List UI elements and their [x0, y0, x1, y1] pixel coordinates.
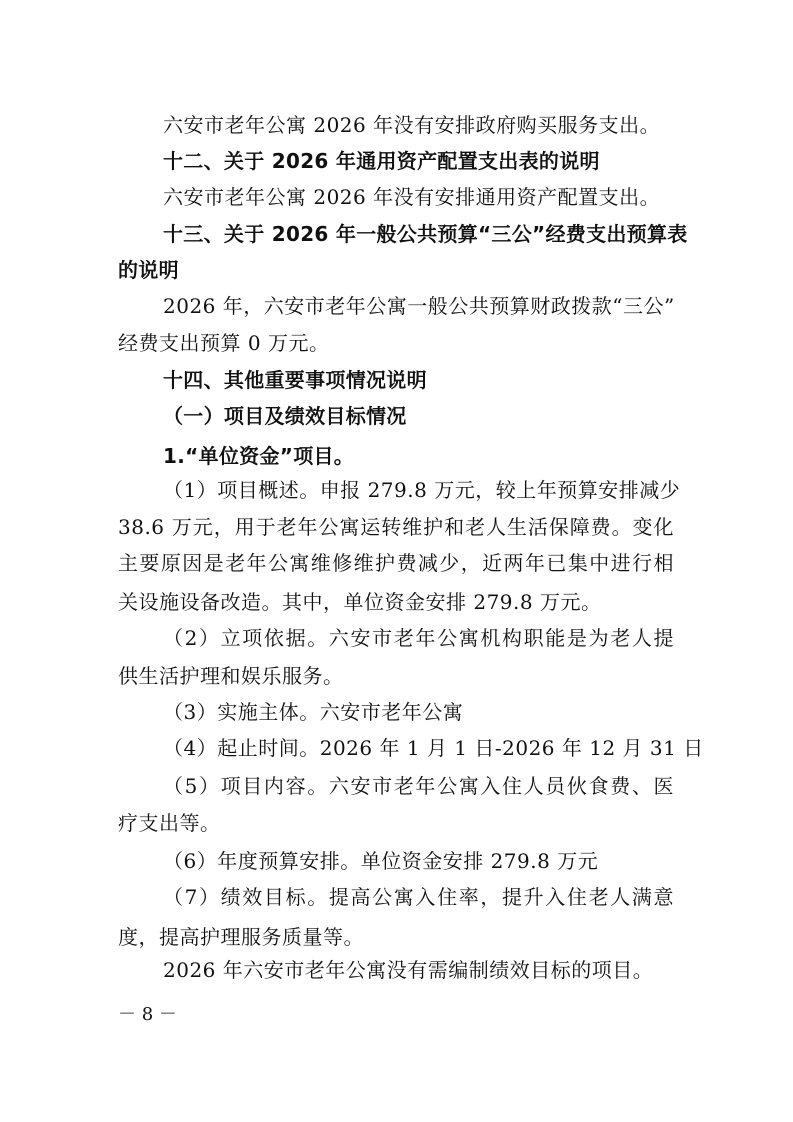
section-heading-line: 十二、关于 2026 年通用资产配置支出表的说明 [163, 146, 674, 176]
text-line: （1）项目概述。申报 279.8 万元，较上年预算安排减少 [163, 475, 674, 505]
text-line: 六安市老年公寓 2026 年没有安排通用资产配置支出。 [163, 182, 674, 212]
text-line: （3）实施主体。六安市老年公寓 [163, 697, 674, 727]
text-line: 经费支出预算 0 万元。 [118, 328, 674, 358]
section-heading-line: （一）项目及绩效目标情况 [163, 401, 674, 431]
text-line: 2026 年，六安市老年公寓一般公共预算财政拨款“三公” [163, 291, 674, 321]
text-line: 供生活护理和娱乐服务。 [118, 661, 674, 691]
text-line: 38.6 万元，用于老年公寓运转维护和老人生活保障费。变化 [118, 512, 674, 542]
text-line: （7）绩效目标。提高公寓入住率，提升入住老人满意 [163, 882, 674, 912]
text-line: 关设施设备改造。其中，单位资金安排 279.8 万元。 [118, 587, 674, 617]
text-line: 2026 年六安市老年公寓没有需编制绩效目标的项目。 [163, 955, 674, 985]
section-heading-line: 十四、其他重要事项情况说明 [163, 365, 674, 395]
text-line: （5）项目内容。六安市老年公寓入住人员伙食费、医 [163, 771, 674, 801]
document-page: 六安市老年公寓 2026 年没有安排政府购买服务支出。十二、关于 2026 年通… [0, 0, 793, 1122]
section-heading-line: 的说明 [118, 255, 674, 285]
text-line: （4）起止时间。2026 年 1 月 1 日-2026 年 12 月 31 日 [163, 733, 674, 763]
text-line: 主要原因是老年公寓维修维护费减少，近两年已集中进行相 [118, 548, 674, 578]
text-line: 疗支出等。 [118, 808, 674, 838]
text-line: （2）立项依据。六安市老年公寓机构职能是为老人提 [163, 623, 674, 653]
page-number: － 8 － [118, 1003, 177, 1027]
text-line: 度，提高护理服务质量等。 [118, 922, 674, 952]
section-heading-line: 1.“单位资金”项目。 [163, 441, 674, 471]
text-line: （6）年度预算安排。单位资金安排 279.8 万元 [163, 846, 674, 876]
section-heading-line: 十三、关于 2026 年一般公共预算“三公”经费支出预算表 [163, 219, 674, 249]
text-line: 六安市老年公寓 2026 年没有安排政府购买服务支出。 [163, 110, 674, 140]
